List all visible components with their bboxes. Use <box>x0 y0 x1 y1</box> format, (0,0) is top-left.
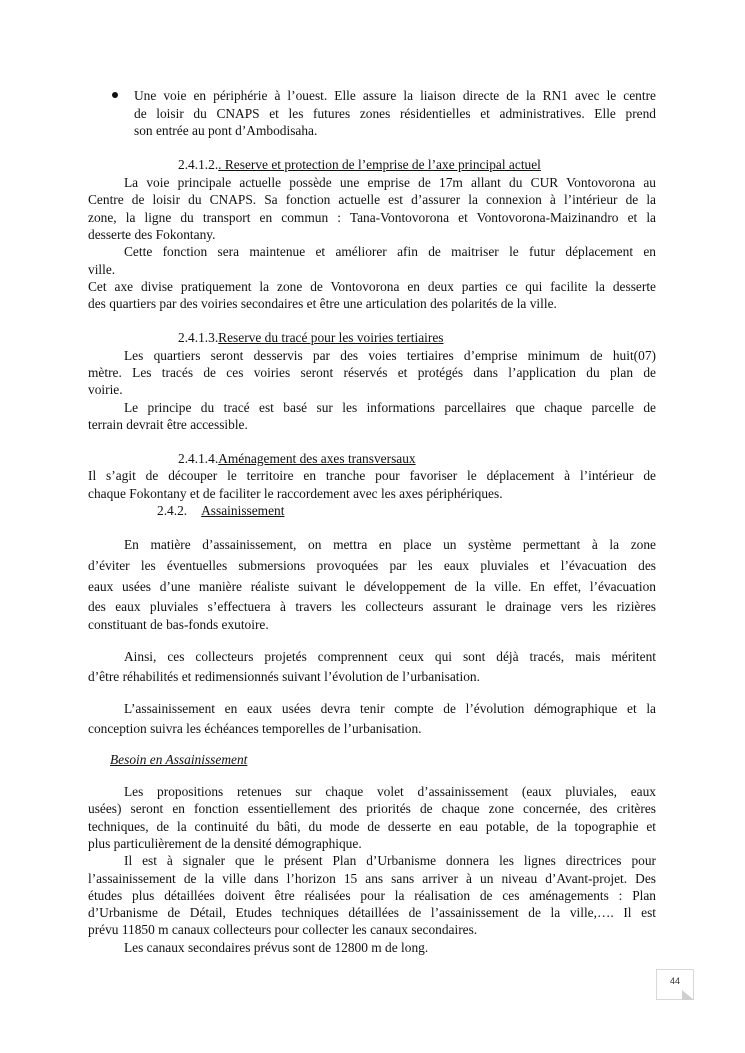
section-number: 2.4.1.3. <box>178 330 218 345</box>
paragraph-line: l’assainissement de la ville dans l’hori… <box>88 871 656 887</box>
section-heading-242: 2.4.2.Assainissement <box>157 503 725 519</box>
section-title: Aménagement des axes transversaux <box>218 451 415 466</box>
section-title: . Reserve et protection de l’emprise de … <box>218 157 541 172</box>
page-number-box: 44 <box>656 969 694 1000</box>
paragraph-line: usées) seront en fonction essentiellemen… <box>88 801 656 817</box>
paragraph-line: La voie principale actuelle possède une … <box>124 175 656 191</box>
bullet-line: de loisir du CNAPS et les futures zones … <box>134 106 656 122</box>
paragraph-line: L’assainissement en eaux usées devra ten… <box>124 701 656 717</box>
section-heading-2413: 2.4.1.3.Reserve du tracé pour les voirie… <box>178 330 745 346</box>
paragraph-line: constituant de bas-fonds exutoire. <box>88 617 656 633</box>
paragraph-line: d’être réhabilités et redimensionnés sui… <box>88 669 656 685</box>
paragraph-line: plus particulièrement de la densité démo… <box>88 836 656 852</box>
subheading-besoin: Besoin en Assainissement <box>110 752 678 768</box>
paragraph-line: mètre. Les tracés de ces voiries seront … <box>88 365 656 381</box>
paragraph-line: Cette fonction sera maintenue et amélior… <box>124 244 656 260</box>
paragraph-line: d’Urbanisme de Détail, Etudes techniques… <box>88 905 656 921</box>
paragraph-line: eaux usées d’une manière réaliste suivan… <box>88 579 656 595</box>
paragraph-line: Centre de loisir du CNAPS. Sa fonction a… <box>88 192 656 208</box>
paragraph-line: Ainsi, ces collecteurs projetés comprenn… <box>124 649 656 665</box>
paragraph-line: des eaux pluviales s’effectuera à traver… <box>88 599 656 615</box>
document-page: Une voie en périphérie à l’ouest. Elle a… <box>0 0 745 1053</box>
paragraph-line: chaque Fokontany et de faciliter le racc… <box>88 486 656 502</box>
paragraph-line: Les propositions retenues sur chaque vol… <box>124 784 656 800</box>
section-heading-2412: 2.4.1.2.. Reserve et protection de l’emp… <box>178 157 745 173</box>
page-curl-icon <box>682 990 694 1000</box>
paragraph-line: techniques, de la continuité du bâti, du… <box>88 819 656 835</box>
paragraph-line: zone, la ligne du transport en commun : … <box>88 210 656 226</box>
section-heading-2414: 2.4.1.4.Aménagement des axes transversau… <box>178 451 745 467</box>
bullet-icon <box>112 92 118 98</box>
paragraph-line: Il est à signaler que le présent Plan d’… <box>124 853 656 869</box>
paragraph-line: des quartiers par des voiries secondaire… <box>88 296 656 312</box>
paragraph-line: études plus détaillées doivent être réal… <box>88 888 656 904</box>
paragraph-line: voirie. <box>88 382 656 398</box>
paragraph-line: Cet axe divise pratiquement la zone de V… <box>88 279 656 295</box>
bullet-line: son entrée au pont d’Ambodisaha. <box>134 123 702 139</box>
section-number: 2.4.1.2. <box>178 157 218 172</box>
paragraph-line: desserte des Fokontany. <box>88 227 656 243</box>
section-title: Reserve du tracé pour les voiries tertia… <box>218 330 443 345</box>
paragraph-line: d’éviter les éventuelles submersions pro… <box>88 558 656 574</box>
paragraph-line: Le principe du tracé est basé sur les in… <box>124 400 656 416</box>
paragraph-line: ville. <box>88 262 656 278</box>
paragraph-line: Les quartiers seront desservis par des v… <box>124 348 656 364</box>
paragraph-line: Il s’agit de découper le territoire en t… <box>88 468 656 484</box>
bullet-line: Une voie en périphérie à l’ouest. Elle a… <box>134 88 656 104</box>
section-title: Assainissement <box>201 503 284 518</box>
section-number: 2.4.2. <box>157 503 187 518</box>
paragraph-line: terrain devrait être accessible. <box>88 417 656 433</box>
paragraph-line: prévu 11850 m canaux collecteurs pour co… <box>88 922 656 938</box>
paragraph-line: Les canaux secondaires prévus sont de 12… <box>124 940 692 956</box>
section-number: 2.4.1.4. <box>178 451 218 466</box>
paragraph-line: conception suivra les échéances temporel… <box>88 721 656 737</box>
page-number: 44 <box>657 976 693 986</box>
paragraph-line: En matière d’assainissement, on mettra e… <box>124 537 656 553</box>
